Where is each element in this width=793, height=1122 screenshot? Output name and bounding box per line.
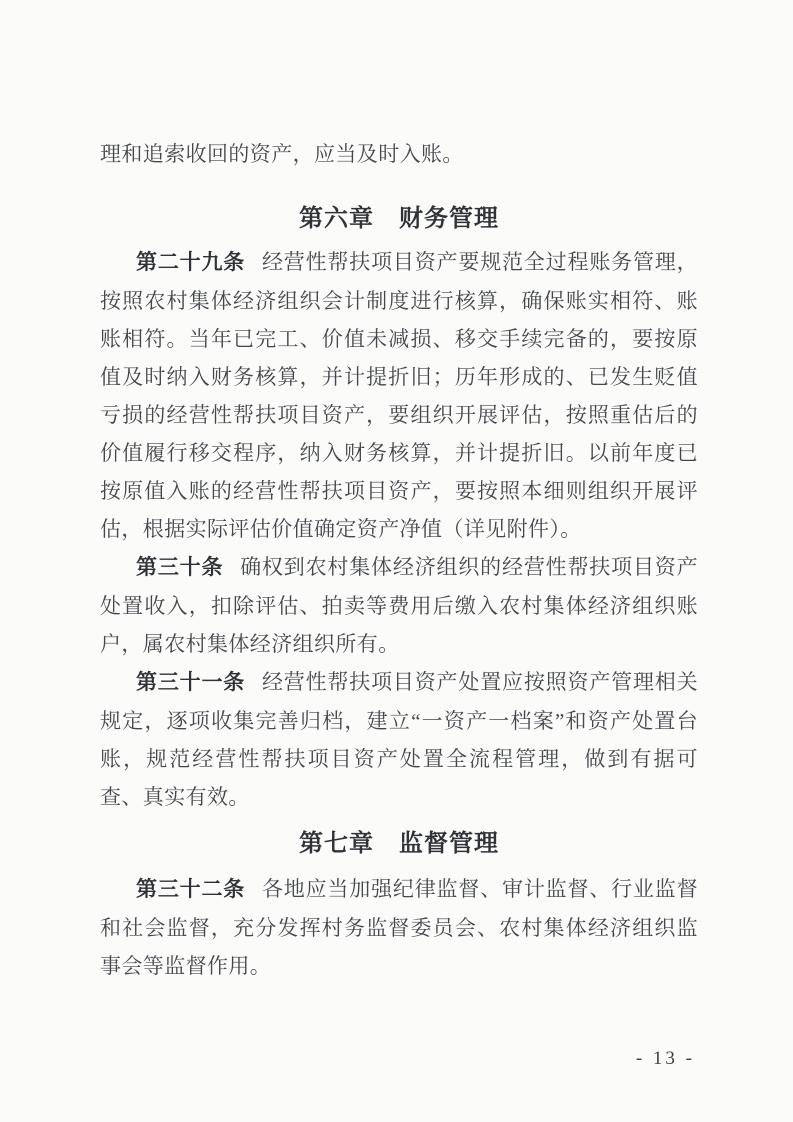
paragraph-continuation: 理和追索收回的资产，应当及时入账。 xyxy=(100,135,698,173)
chapter-heading-finance: 第六章 财务管理 xyxy=(100,199,698,239)
article-32-number: 第三十二条 xyxy=(136,878,245,901)
chapter-heading-supervision: 第七章 监督管理 xyxy=(100,824,698,864)
article-31-paragraph: 第三十一条经营性帮扶项目资产处置应按照资产管理相关规定，逐项收集完善归档，建立“… xyxy=(100,663,698,816)
scanned-document-page: 理和追索收回的资产，应当及时入账。 第六章 财务管理 第二十九条经营性帮扶项目资… xyxy=(0,0,793,1122)
article-30-number: 第三十条 xyxy=(136,556,223,579)
document-content: 理和追索收回的资产，应当及时入账。 第六章 财务管理 第二十九条经营性帮扶项目资… xyxy=(100,135,698,985)
article-29-text: 经营性帮扶项目资产要规范全过程账务管理，按照农村集体经济组织会计制度进行核算，确… xyxy=(100,250,698,541)
article-30-paragraph: 第三十条确权到农村集体经济组织的经营性帮扶项目资产处置收入，扣除评估、拍卖等费用… xyxy=(100,548,698,663)
article-29-paragraph: 第二十九条经营性帮扶项目资产要规范全过程账务管理，按照农村集体经济组织会计制度进… xyxy=(100,243,698,548)
article-31-number: 第三十一条 xyxy=(136,671,245,694)
page-number: - 13 - xyxy=(636,1048,695,1070)
article-29-number: 第二十九条 xyxy=(136,251,245,274)
article-32-paragraph: 第三十二条各地应当加强纪律监督、审计监督、行业监督和社会监督，充分发挥村务监督委… xyxy=(100,870,698,985)
